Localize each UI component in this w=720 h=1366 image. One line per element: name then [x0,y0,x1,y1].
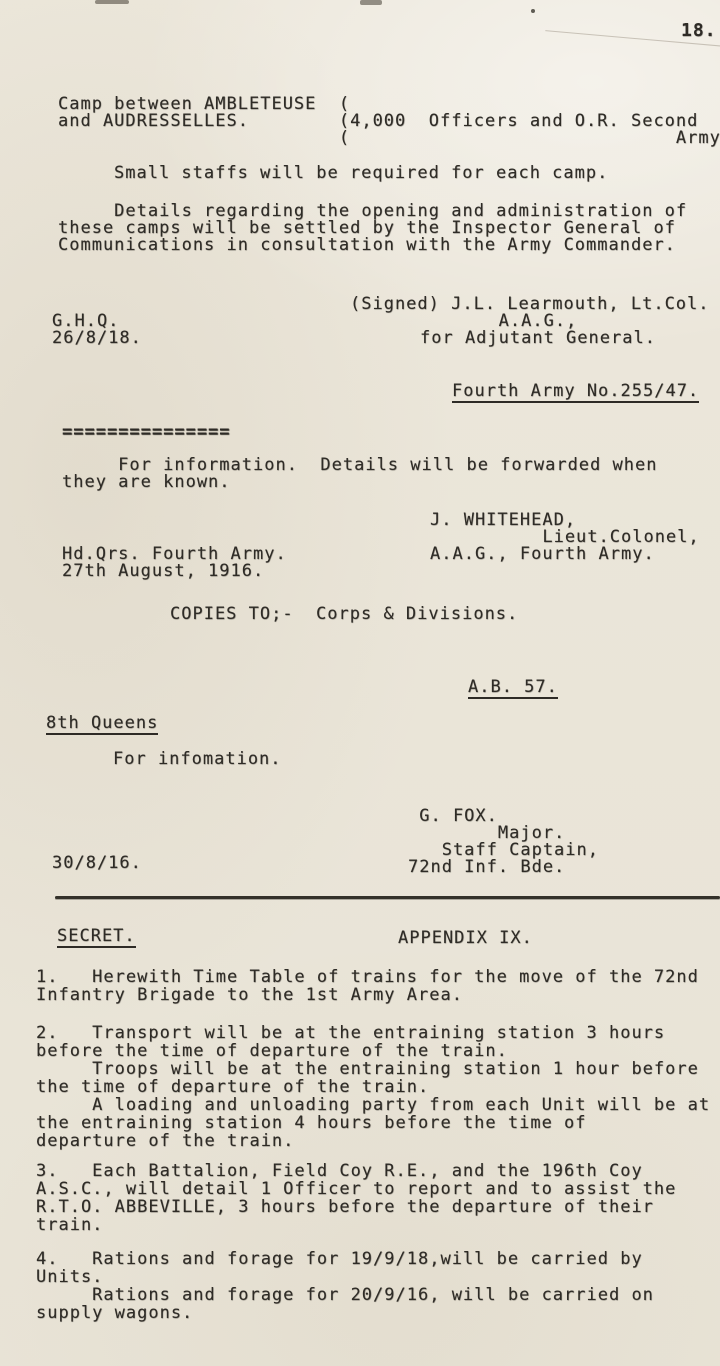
information-line: For infomation. [113,751,282,768]
appendix-para-3: 3. Each Battalion, Field Coy R.E., and t… [36,1162,676,1234]
unit-heading: 8th Queens [46,715,158,735]
appendix-para-4: 4. Rations and forage for 19/9/18,will b… [36,1250,654,1322]
information-paragraph: For information. Details will be forward… [62,457,657,491]
separator-dashes: =============== [62,424,231,441]
ab57-reference-text: A.B. 57. [468,679,558,699]
whitehead-signature-block: J. WHITEHEAD, Lieut.Colonel, A.A.G., Fou… [430,512,700,563]
appendix-title: APPENDIX IX. [398,930,533,947]
staffs-line: Small staffs will be required for each c… [114,165,608,182]
copies-line: COPIES TO;- Corps & Divisions. [170,606,518,623]
ghq-date-block: G.H.Q. 26/8/18. [52,313,142,347]
fourth-army-reference-text: Fourth Army No.255/47. [452,383,699,403]
section-divider [55,896,720,899]
hq-date-block: Hd.Qrs. Fourth Army. 27th August, 1916. [62,546,287,580]
appendix-para-1: 1. Herewith Time Table of trains for the… [36,968,699,1004]
secret-heading: SECRET. [57,928,136,948]
paper-smudge [360,0,382,5]
appendix-para-2: 2. Transport will be at the entraining s… [36,1024,710,1150]
ab57-reference: A.B. 57. [468,679,558,699]
ink-dot [531,9,535,13]
secret-heading-text: SECRET. [57,928,136,948]
camp-location-block: Camp between AMBLETEUSE ( and AUDRESSELL… [58,96,720,147]
fourth-army-reference: Fourth Army No.255/47. [452,383,699,403]
document-page: { "page": { "number": "18.", "ink_color"… [0,0,720,1366]
date-line: 30/8/16. [52,855,142,872]
page-number: 18. [681,22,717,39]
details-paragraph: Details regarding the opening and admini… [58,203,687,254]
adjutant-block: A.A.G., for Adjutant General. [420,313,656,347]
unit-heading-text: 8th Queens [46,715,158,735]
paper-smudge [95,0,129,4]
fox-signature-block: G. FOX. Major. Staff Captain, 72nd Inf. … [408,808,599,876]
